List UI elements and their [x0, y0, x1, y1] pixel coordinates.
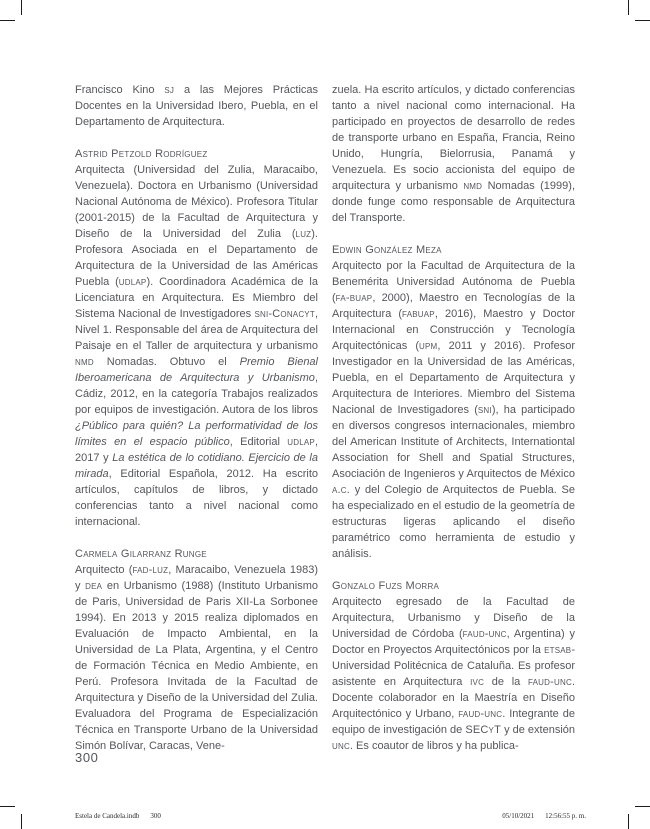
text-column-right: zuela. Ha escrito artículos, y dictado c… [332, 82, 575, 754]
entry-heading: Edwin González Meza [332, 242, 575, 258]
entry-heading: Carmela Gilarranz Runge [75, 546, 318, 562]
slug-time: 12:56:55 p. m. [545, 812, 586, 820]
crop-mark-top-right-horizontal [635, 20, 650, 21]
crop-mark-bottom-right-horizontal [635, 806, 650, 807]
crop-mark-top-left-vertical [21, 0, 22, 15]
bio-paragraph: Arquitecto por la Facultad de Arquitectu… [332, 258, 575, 562]
slug-timestamp-group: 05/10/202112:56:55 p. m. [502, 812, 586, 820]
text-column-left: Francisco Kino sj a las Mejores Práctica… [75, 82, 318, 754]
crop-mark-bottom-right-vertical [628, 814, 629, 829]
entry-heading: Astrid Petzold Rodríguez [75, 146, 318, 162]
crop-mark-bottom-left-horizontal [0, 806, 15, 807]
crop-mark-top-right-vertical [628, 0, 629, 15]
slug-date: 05/10/2021 [502, 812, 534, 820]
page-content: Francisco Kino sj a las Mejores Práctica… [75, 82, 575, 754]
bio-paragraph: Arquitecto egresado de la Facultad de Ar… [332, 594, 575, 754]
slug-filename: Estela de Candela.indb [75, 812, 139, 820]
bio-paragraph: zuela. Ha escrito artículos, y dictado c… [332, 82, 575, 226]
entry-heading: Gonzalo Fuzs Morra [332, 578, 575, 594]
crop-mark-bottom-left-vertical [21, 814, 22, 829]
slug-filename-group: Estela de Candela.indb300 [75, 812, 161, 820]
slug-page-number: 300 [150, 812, 161, 820]
crop-mark-top-left-horizontal [0, 20, 15, 21]
print-slug-footer: Estela de Candela.indb300 05/10/202112:5… [75, 812, 586, 820]
bio-paragraph: Arquitecto (fad-luz, Maracaibo, Venezuel… [75, 562, 318, 754]
screenshot-root: { "colors": { "body_text": "#54565b", "b… [0, 0, 650, 829]
bio-paragraph: Francisco Kino sj a las Mejores Práctica… [75, 82, 318, 130]
bio-paragraph: Arquitecta (Universidad del Zulia, Marac… [75, 162, 318, 530]
page-number: 300 [75, 750, 99, 765]
